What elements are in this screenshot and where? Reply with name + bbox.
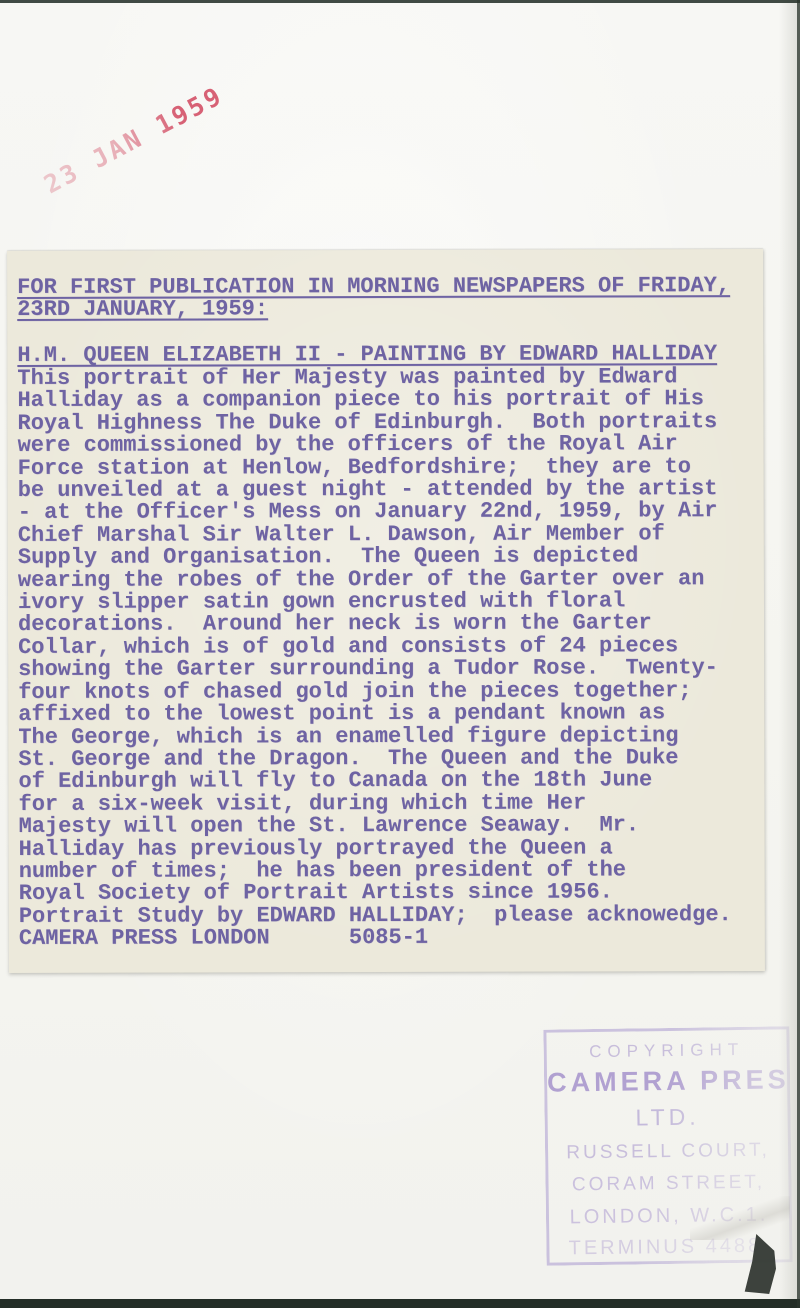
- agency-line: CAMERA PRESS LONDON: [19, 927, 270, 950]
- date-stamp: 23 JAN 1959: [39, 80, 228, 199]
- scanned-press-photo-back: 23 JAN 1959 FOR FIRST PUBLICATION IN MOR…: [0, 0, 800, 1308]
- stamp-line-russell-court: RUSSELL COURT,: [548, 1139, 788, 1164]
- caption-body: This portrait of Her Majesty was painted…: [17, 366, 731, 928]
- torn-edge-highlight: [690, 1196, 790, 1240]
- scan-edge-bottom: [0, 1299, 800, 1308]
- reference-number: 5085-1: [349, 927, 428, 950]
- scan-edge-top: [0, 0, 800, 3]
- scan-right-shading: [779, 0, 797, 1308]
- stamp-line-camera-press: CAMERA PRESS: [547, 1064, 787, 1098]
- stamp-line-coram-street: CORAM STREET,: [548, 1171, 788, 1196]
- stamp-line-copyright: COPYRIGHT: [547, 1039, 787, 1062]
- release-notice: FOR FIRST PUBLICATION IN MORNING NEWSPAP…: [17, 275, 730, 322]
- stamp-line-ltd: LTD.: [547, 1102, 787, 1132]
- caption-sheet: FOR FIRST PUBLICATION IN MORNING NEWSPAP…: [7, 249, 765, 973]
- caption-footer: CAMERA PRESS LONDON 5085-1: [19, 926, 739, 951]
